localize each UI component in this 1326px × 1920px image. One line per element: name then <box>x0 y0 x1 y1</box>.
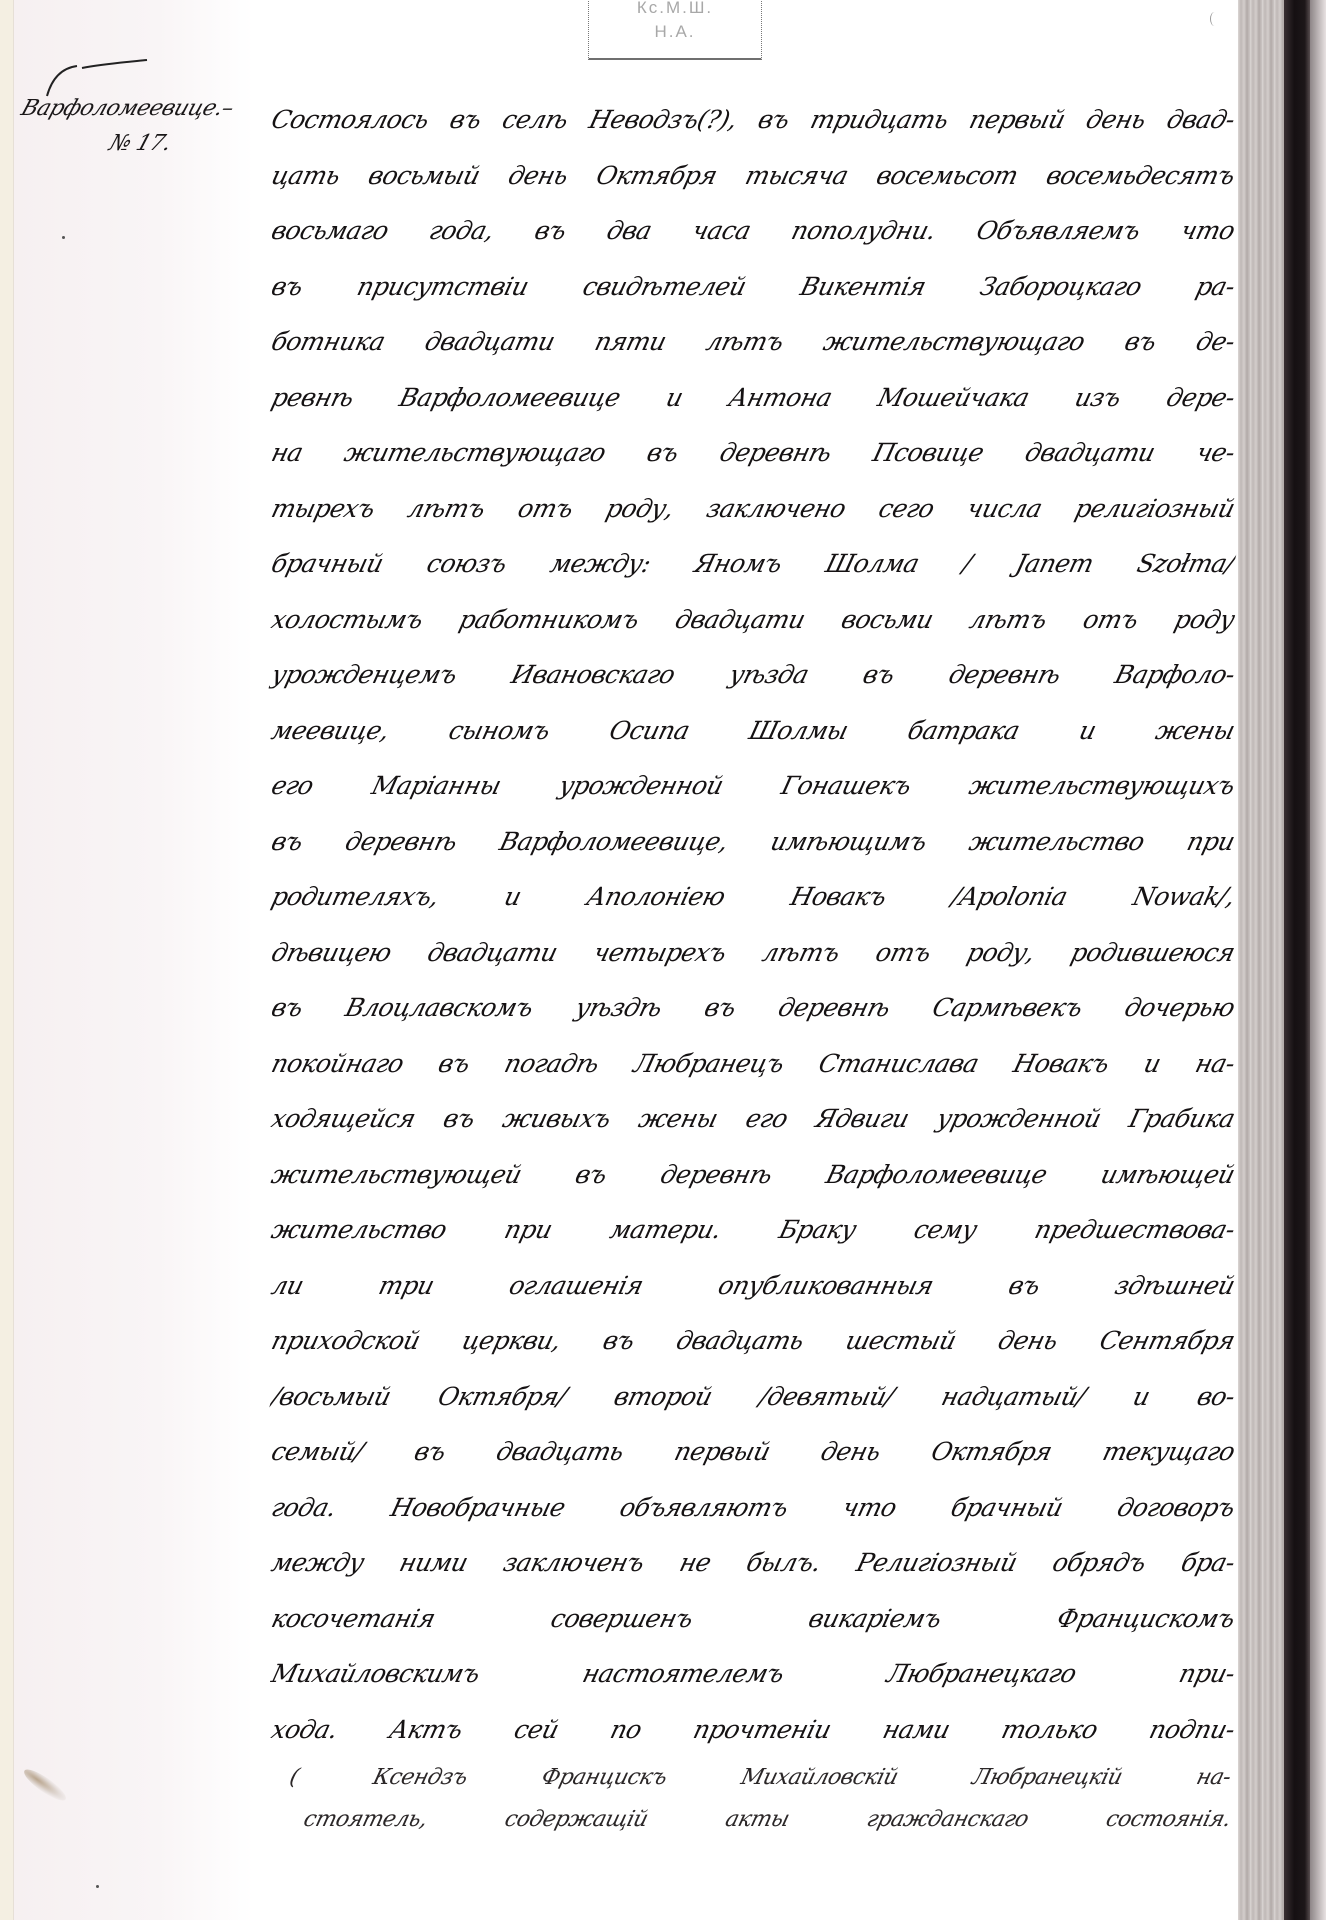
annotation-line: стоятель, содержащій акты гражданскаго с… <box>285 1799 1235 1841</box>
archive-stamp: Кс.М.Ш. Н.А. <box>588 0 762 60</box>
record-line: /восьмый Октября/ второй /девятый/ надца… <box>265 1369 1241 1425</box>
record-line: въ деревнѣ Варфоломеевице, имѣющимъ жите… <box>265 814 1241 870</box>
annotation-line: ( Ксендзъ Францискъ Михайловскій Любране… <box>285 1757 1235 1799</box>
page-corner-mark <box>1210 12 1219 26</box>
record-line: цать восьмый день Октября тысяча восемьс… <box>265 148 1241 204</box>
record-line: между ними заключенъ не былъ. Религіозны… <box>265 1535 1241 1591</box>
page-left-edge <box>0 0 14 1920</box>
record-line: восьмаго года, въ два часа пополудни. Об… <box>265 203 1241 259</box>
binding-gutter <box>1284 0 1310 1920</box>
record-line: брачный союзъ между: Яномъ Шолма / Janem… <box>265 536 1241 592</box>
record-number: № 17. <box>106 131 281 156</box>
margin-note: Варфоломеевице.– № 17. <box>22 96 277 156</box>
record-line: хода. Актъ сей по прочтеніи нами только … <box>265 1702 1241 1758</box>
speck <box>62 236 65 239</box>
record-line: косочетанія совершенъ викаріемъ Франциск… <box>265 1591 1241 1647</box>
record-line: покойнаго въ погадѣ Любранецъ Станислава… <box>265 1036 1241 1092</box>
flourish-icon <box>42 58 152 98</box>
stamp-line-1: Кс.М.Ш. <box>589 0 761 20</box>
record-line: меевице, сыномъ Осипа Шолмы батрака и же… <box>265 703 1241 759</box>
signature-annotation: ( Ксендзъ Францискъ Михайловскій Любране… <box>290 1757 1230 1841</box>
record-line: его Маріанны урожденной Гонашекъ жительс… <box>265 758 1241 814</box>
record-line: ли три оглашенія опубликованныя въ здѣшн… <box>265 1258 1241 1314</box>
record-line: семый/ въ двадцать первый день Октября т… <box>265 1424 1241 1480</box>
record-line: урожденцемъ Ивановскаго уѣзда въ деревнѣ… <box>265 647 1241 703</box>
margin-place-name: Варфоломеевице.– <box>18 96 281 121</box>
record-line: тырехъ лѣтъ отъ роду, заключено сего чис… <box>265 481 1241 537</box>
record-line: ботника двадцати пяти лѣтъ жительствующа… <box>265 314 1241 370</box>
record-line: приходской церкви, въ двадцать шестый де… <box>265 1313 1241 1369</box>
binding-edge <box>1310 0 1326 1920</box>
binding-shadow <box>1238 0 1286 1920</box>
record-line: дѣвицею двадцати четырехъ лѣтъ отъ роду,… <box>265 925 1241 981</box>
record-body: Состоялось въ селѣ Неводзъ(?), въ тридца… <box>272 92 1234 1757</box>
record-line: на жительствующаго въ деревнѣ Псовице дв… <box>265 425 1241 481</box>
record-line: жительствующей въ деревнѣ Варфоломеевице… <box>265 1147 1241 1203</box>
speck <box>96 1885 99 1888</box>
record-line: ревнѣ Варфоломеевице и Антона Мошейчака … <box>265 370 1241 426</box>
record-line: Михайловскимъ настоятелемъ Любранецкаго … <box>265 1646 1241 1702</box>
record-line: жительство при матери. Браку сему предше… <box>265 1202 1241 1258</box>
page-left-shading <box>14 0 254 1920</box>
record-line: Состоялось въ селѣ Неводзъ(?), въ тридца… <box>265 92 1241 148</box>
record-line: ходящейся въ живыхъ жены его Ядвиги урож… <box>265 1091 1241 1147</box>
record-line: года. Новобрачные объявляютъ что брачный… <box>265 1480 1241 1536</box>
record-line: холостымъ работникомъ двадцати восьми лѣ… <box>265 592 1241 648</box>
record-line: въ присутствіи свидѣтелей Викентія Забор… <box>265 259 1241 315</box>
record-line: родителяхъ, и Аполоніею Новакъ /Apolonia… <box>265 869 1241 925</box>
stamp-line-2: Н.А. <box>589 20 761 44</box>
record-line: въ Влоцлавскомъ уѣздѣ въ деревнѣ Сармѣве… <box>265 980 1241 1036</box>
